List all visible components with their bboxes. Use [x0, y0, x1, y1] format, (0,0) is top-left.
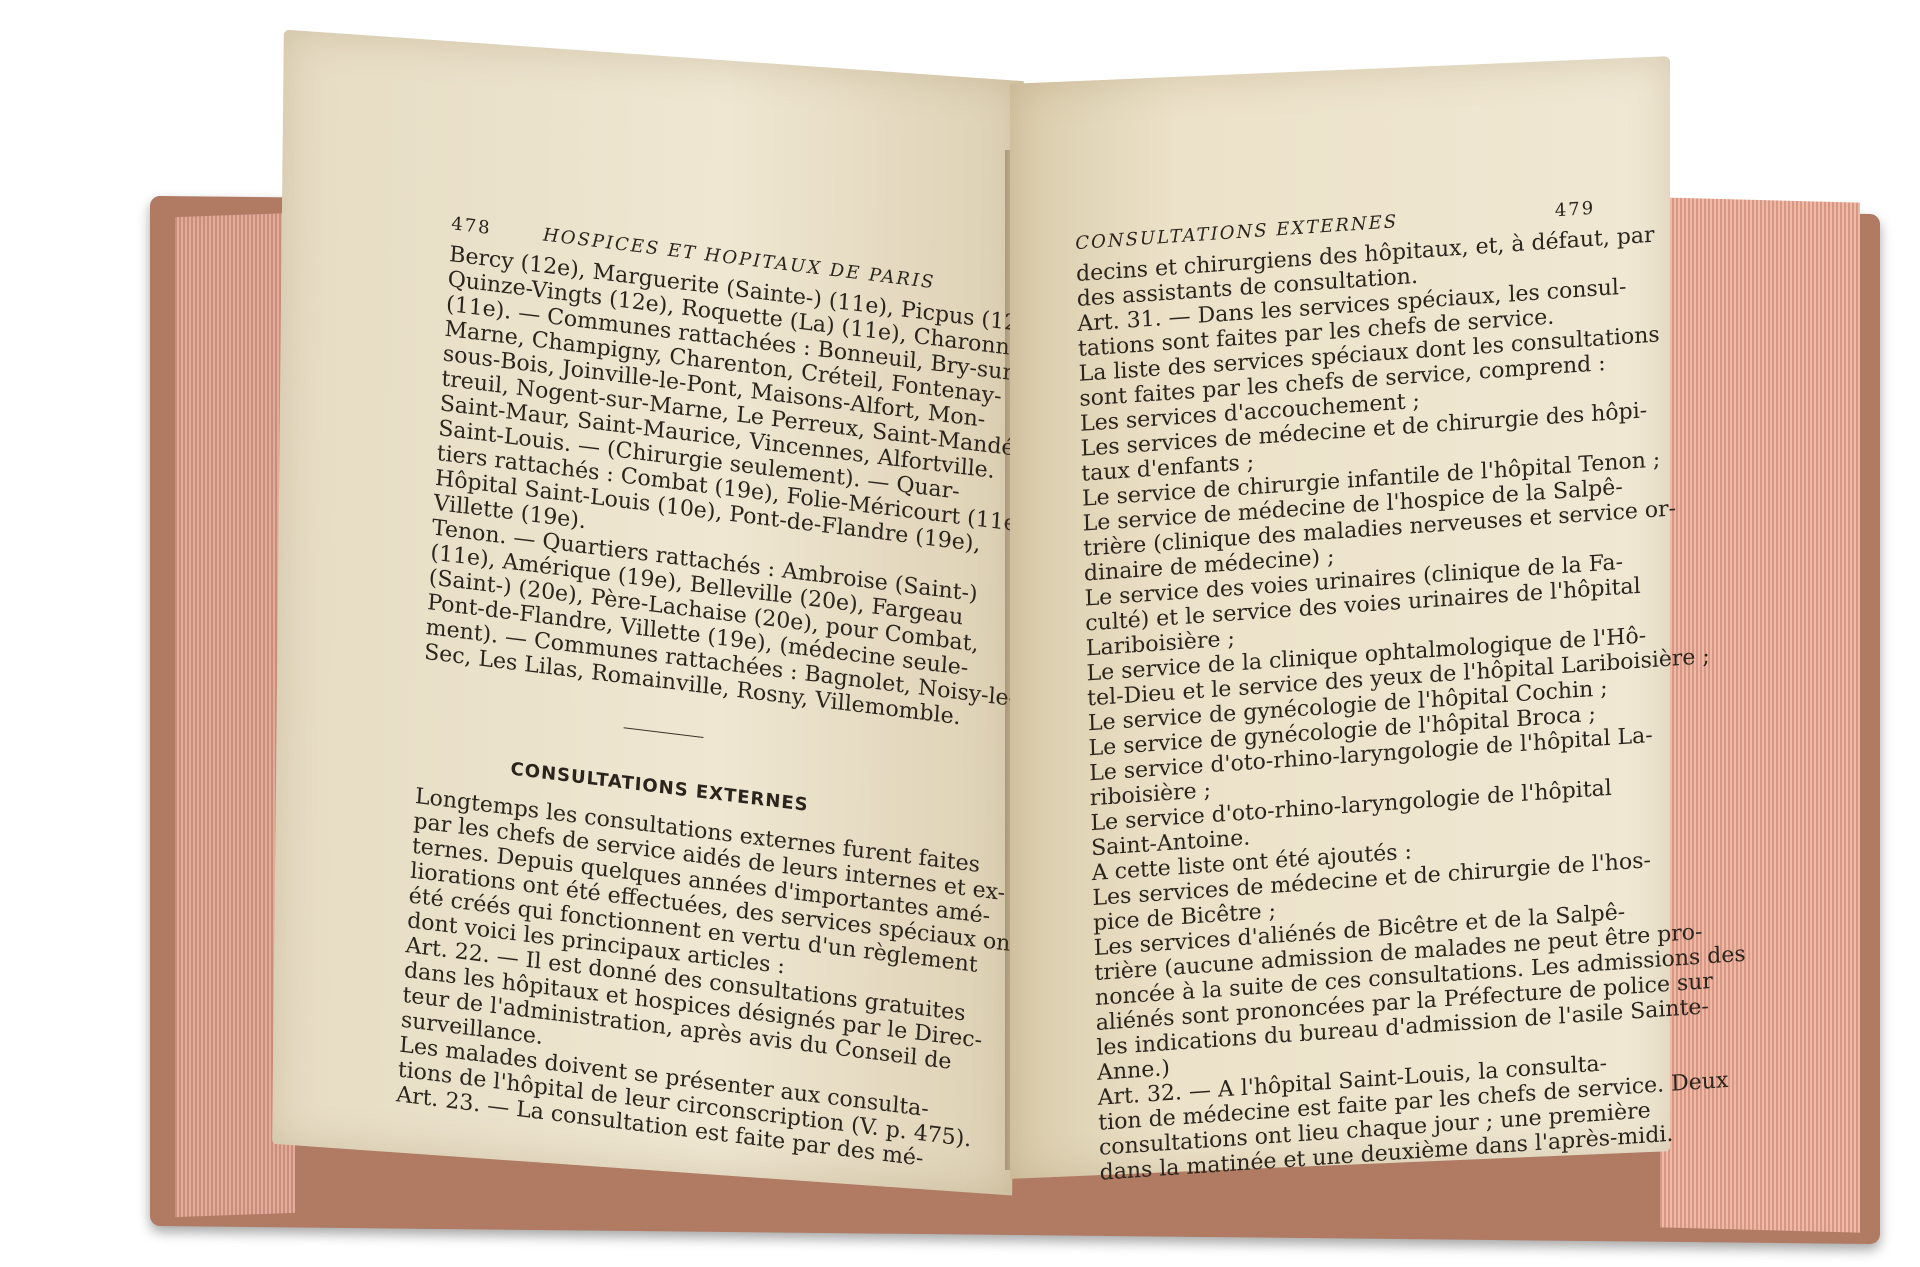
right-page-text: CONSULTATIONS EXTERNES 479 decins et chi… — [1075, 196, 1620, 1186]
left-top-block: Bercy (12e), Marguerite (Sainte-) (11e),… — [423, 242, 934, 724]
right-page-number: 479 — [1554, 196, 1595, 224]
left-page-number: 478 — [450, 211, 492, 241]
right-body-block: decins et chirurgiens des hôpitaux, et, … — [1076, 227, 1620, 1186]
right-page: CONSULTATIONS EXTERNES 479 decins et chi… — [1010, 56, 1670, 1179]
section-divider — [623, 727, 703, 738]
left-page-text: 478 HOSPICES ET HOPITAUX DE PARIS Bercy … — [395, 211, 936, 1166]
left-bottom-block: Longtemps les consultations externes fur… — [395, 784, 899, 1166]
left-page: 478 HOSPICES ET HOPITAUX DE PARIS Bercy … — [272, 30, 1024, 1196]
open-book-photo: 478 HOSPICES ET HOPITAUX DE PARIS Bercy … — [0, 0, 1920, 1267]
